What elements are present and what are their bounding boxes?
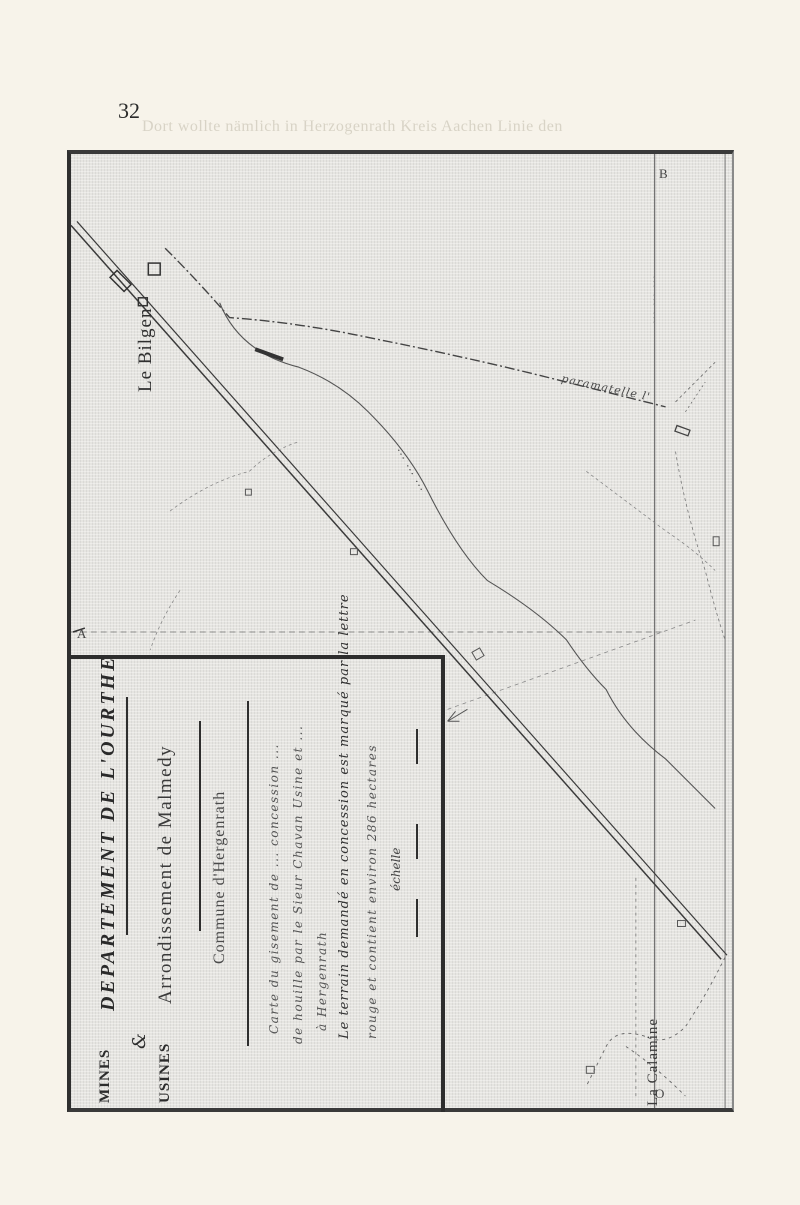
cartouche-scale-label: échelle <box>389 848 403 891</box>
place-label-le-bilgen: Le Bilgen <box>135 308 157 392</box>
cartouche-rule <box>126 697 128 935</box>
scale-bar-segment <box>416 729 418 764</box>
scale-bar-segment <box>416 899 418 937</box>
cartouche-rule <box>247 701 249 1046</box>
map-letter-a: A <box>77 626 86 642</box>
cartouche-description-line-1: Carte du gisement de ... concession ... <box>267 743 281 1034</box>
page-number: 32 <box>118 98 140 124</box>
cartouche-arrondissement: Arrondissement de Malmedy <box>155 745 177 1004</box>
cartouche-department-title: DEPARTEMENT DE L'OURTHE <box>97 655 120 1011</box>
scale-bar-segment <box>416 824 418 859</box>
map-cartouche: MINES & USINES DEPARTEMENT DE L'OURTHE A… <box>71 655 445 1112</box>
cartouche-commune: Commune d'Hergenrath <box>211 791 229 964</box>
historical-map: Le Bilgen La Calamine paramatelle l' B A… <box>67 150 734 1112</box>
map-letter-b: B <box>659 166 668 182</box>
cartouche-rule <box>199 721 201 931</box>
cartouche-usines: USINES <box>157 1043 174 1103</box>
cartouche-description-line-2: de houille par le Sieur Chavan Usine et … <box>291 725 305 1044</box>
cartouche-mines: MINES <box>97 1049 114 1103</box>
map-letter-o: O <box>655 1086 664 1102</box>
bleed-through-text: Dort wollte nämlich in Herzogenrath Krei… <box>142 118 563 136</box>
map-script-top-right: ... ... ... <box>645 275 658 324</box>
cartouche-description-line-3: à Hergenrath <box>315 931 329 1031</box>
cartouche-description-line-5: rouge et contient environ 286 hectares <box>365 744 379 1039</box>
cartouche-description-line-4: Le terrain demandé en concession est mar… <box>337 593 352 1039</box>
cartouche-ampersand: & <box>129 1033 150 1049</box>
